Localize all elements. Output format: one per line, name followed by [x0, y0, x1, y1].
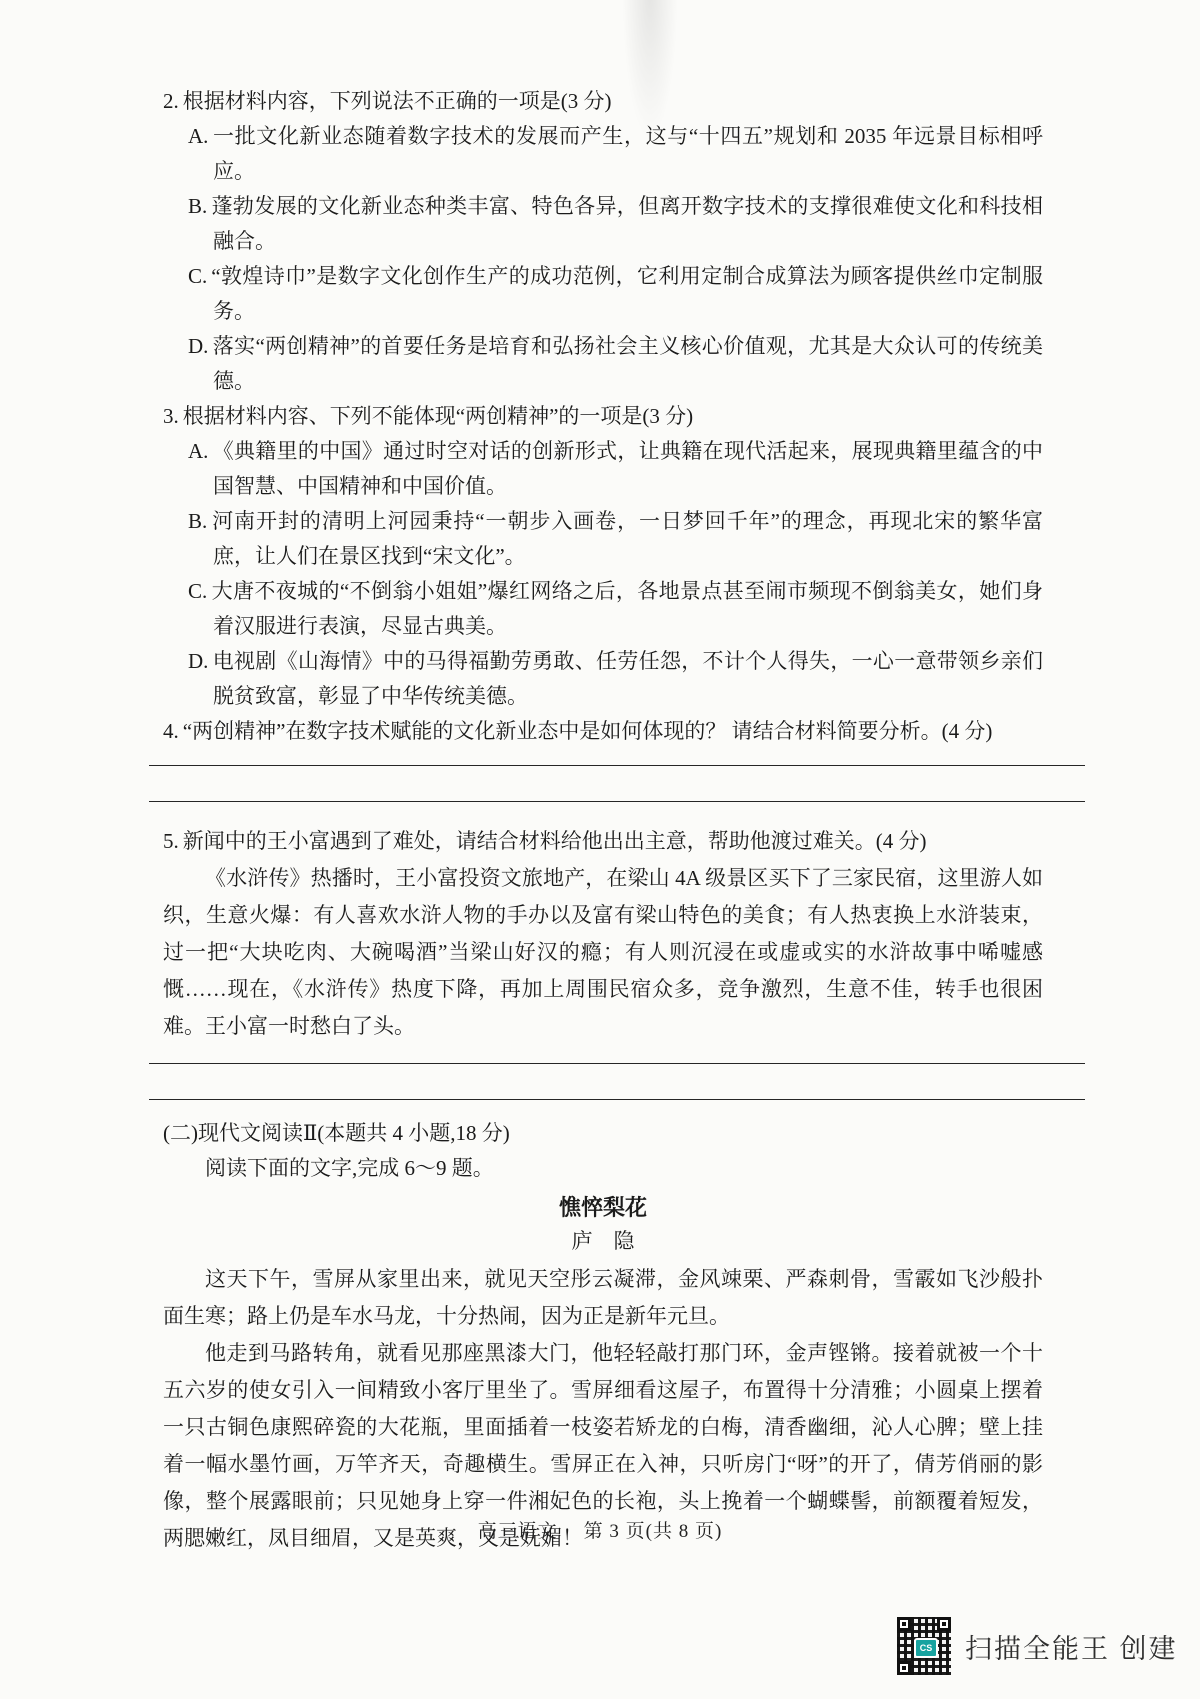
passage-title: 憔悴梨花	[163, 1191, 1043, 1225]
option-a: A.一批文化新业态随着数字技术的发展而产生，这与“十四五”规划和 2035 年远…	[163, 119, 1043, 189]
option-c: C.“敦煌诗巾”是数字文化创作生产的成功范例，它利用定制合成算法为顾客提供丝巾定…	[163, 259, 1043, 329]
scanner-watermark: CS 扫描全能王 创建	[897, 1617, 1178, 1675]
option-text: 《典籍里的中国》通过时空对话的创新形式，让典籍在现代活起来，展现典籍里蕴含的中国…	[212, 439, 1043, 498]
option-text: 蓬勃发展的文化新业态种类丰富、特色各异，但离开数字技术的支撑很难使文化和科技相融…	[211, 194, 1043, 253]
scanner-label: 扫描全能王 创建	[965, 1627, 1178, 1666]
section-modern-reading-2: (二)现代文阅读Ⅱ(本题共 4 小题,18 分) 阅读下面的文字,完成 6～9 …	[163, 1116, 1043, 1557]
option-label: C.	[188, 579, 211, 603]
question-stem: 3.根据材料内容、下列不能体现“两创精神”的一项是(3 分)	[163, 399, 1043, 434]
answer-line	[149, 1098, 1085, 1100]
option-text: 河南开封的清明上河园秉持“一朝步入画卷，一日梦回千年”的理念，再现北宋的繁华富庶…	[211, 509, 1043, 568]
option-c: C.大唐不夜城的“不倒翁小姐姐”爆红网络之后，各地景点甚至闹市频现不倒翁美女，她…	[163, 574, 1043, 644]
exam-content: 2.根据材料内容，下列说法不正确的一项是(3 分) A.一批文化新业态随着数字技…	[163, 84, 1043, 1557]
option-text: 落实“两创精神”的首要任务是培育和弘扬社会主义核心价值观，尤其是大众认可的传统美…	[212, 334, 1043, 393]
question-5: 5.新闻中的王小富遇到了难处，请结合材料给他出出主意，帮助他渡过难关。(4 分)…	[163, 824, 1043, 1100]
question-stem: 5.新闻中的王小富遇到了难处，请结合材料给他出出主意，帮助他渡过难关。(4 分)	[163, 824, 1043, 859]
exam-page: 2.根据材料内容，下列说法不正确的一项是(3 分) A.一批文化新业态随着数字技…	[0, 0, 1200, 1699]
question-4: 4.“两创精神”在数字技术赋能的文化新业态中是如何体现的？ 请结合材料简要分析。…	[163, 714, 1043, 802]
camscanner-logo-icon: CS	[914, 1638, 938, 1658]
scenario: 《水浒传》热播时，王小富投资文旅地产，在梁山 4A 级景区买下了三家民宿，这里游…	[163, 860, 1043, 1045]
option-d: D.电视剧《山海情》中的马得福勤劳勇敢、任劳任怨，不计个人得失，一心一意带领乡亲…	[163, 644, 1043, 714]
question-stem-text: 新闻中的王小富遇到了难处，请结合材料给他出出主意，帮助他渡过难关。(4 分)	[183, 829, 927, 853]
qr-code-icon: CS	[897, 1617, 951, 1675]
question-number: 3.	[163, 404, 183, 428]
option-label: B.	[188, 194, 211, 218]
question-2: 2.根据材料内容，下列说法不正确的一项是(3 分) A.一批文化新业态随着数字技…	[163, 84, 1043, 399]
question-number: 5.	[163, 829, 183, 853]
question-stem: 4.“两创精神”在数字技术赋能的文化新业态中是如何体现的？ 请结合材料简要分析。…	[163, 714, 1043, 749]
scenario-text: 《水浒传》热播时，王小富投资文旅地产，在梁山 4A 级景区买下了三家民宿，这里游…	[163, 860, 1043, 1045]
option-label: A.	[188, 439, 212, 463]
answer-line	[149, 1062, 1085, 1064]
reading-instruction: 阅读下面的文字,完成 6～9 题。	[163, 1151, 1043, 1186]
qr-finder-icon	[937, 1617, 951, 1631]
footer-course-label: 高三语文	[478, 1521, 558, 1542]
option-text: 电视剧《山海情》中的马得福勤劳勇敢、任劳任怨，不计个人得失，一心一意带领乡亲们脱…	[212, 649, 1043, 708]
question-stem-text: 根据材料内容、下列不能体现“两创精神”的一项是(3 分)	[183, 404, 693, 428]
footer-page-number: 第 3 页(共 8 页)	[584, 1521, 723, 1542]
option-d: D.落实“两创精神”的首要任务是培育和弘扬社会主义核心价值观，尤其是大众认可的传…	[163, 329, 1043, 399]
answer-line	[149, 764, 1085, 766]
page-footer: 高三语文第 3 页(共 8 页)	[0, 1516, 1200, 1543]
option-label: D.	[188, 649, 212, 673]
answer-line	[149, 800, 1085, 802]
question-stem: 2.根据材料内容，下列说法不正确的一项是(3 分)	[163, 84, 1043, 119]
qr-finder-icon	[897, 1617, 911, 1631]
question-3: 3.根据材料内容、下列不能体现“两创精神”的一项是(3 分) A.《典籍里的中国…	[163, 399, 1043, 714]
option-label: C.	[188, 264, 211, 288]
option-text: 大唐不夜城的“不倒翁小姐姐”爆红网络之后，各地景点甚至闹市频现不倒翁美女，她们身…	[211, 579, 1043, 638]
question-stem-text: 根据材料内容，下列说法不正确的一项是(3 分)	[183, 89, 612, 113]
passage-author: 庐 隐	[163, 1225, 1043, 1258]
option-text: “敦煌诗巾”是数字文化创作生产的成功范例，它利用定制合成算法为顾客提供丝巾定制服…	[211, 264, 1043, 323]
question-number: 4.	[163, 719, 183, 743]
option-label: B.	[188, 509, 211, 533]
option-b: B.蓬勃发展的文化新业态种类丰富、特色各异，但离开数字技术的支撑很难使文化和科技…	[163, 189, 1043, 259]
section-heading: (二)现代文阅读Ⅱ(本题共 4 小题,18 分)	[163, 1116, 1043, 1151]
passage-paragraph: 这天下午，雪屏从家里出来，就见天空彤云凝滞，金风竦栗、严森刺骨，雪霰如飞沙般扑面…	[163, 1261, 1043, 1335]
option-a: A.《典籍里的中国》通过时空对话的创新形式，让典籍在现代活起来，展现典籍里蕴含的…	[163, 434, 1043, 504]
question-stem-text: “两创精神”在数字技术赋能的文化新业态中是如何体现的？ 请结合材料简要分析。(4…	[183, 719, 993, 743]
option-text: 一批文化新业态随着数字技术的发展而产生，这与“十四五”规划和 2035 年远景目…	[212, 124, 1043, 183]
passage-body: 这天下午，雪屏从家里出来，就见天空彤云凝滞，金风竦栗、严森刺骨，雪霰如飞沙般扑面…	[163, 1261, 1043, 1557]
qr-finder-icon	[897, 1661, 911, 1675]
option-label: D.	[188, 334, 212, 358]
question-number: 2.	[163, 89, 183, 113]
option-b: B.河南开封的清明上河园秉持“一朝步入画卷，一日梦回千年”的理念，再现北宋的繁华…	[163, 504, 1043, 574]
option-label: A.	[188, 124, 212, 148]
